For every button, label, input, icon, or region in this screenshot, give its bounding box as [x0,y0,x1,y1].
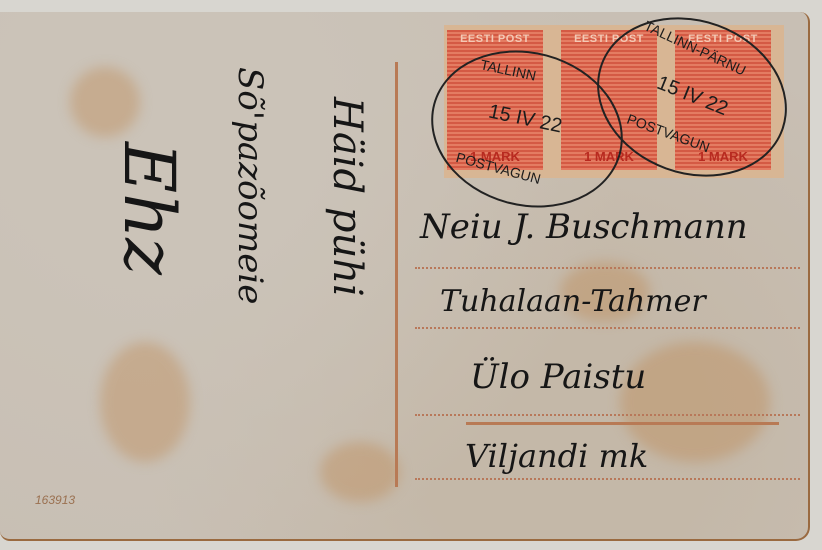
age-stain [320,442,400,502]
message-line-1: Häid pühi [324,97,370,297]
address-line-3-solid [466,422,779,425]
age-stain [100,342,190,462]
stamp-header: EESTI POST [447,33,543,45]
address-county: Viljandi mk [465,437,648,475]
signature: Ehz [108,142,190,275]
center-divider-line [395,62,398,487]
address-line-4 [415,478,800,480]
address-town: Ülo Paistu [470,357,646,397]
address-line-3 [415,414,800,416]
address-line-2 [415,327,800,329]
print-number: 163913 [35,493,75,507]
address-recipient: Neiu J. Buschmann [420,207,748,247]
address-line-1 [415,267,800,269]
address-street: Tuhalaan-Tahmer [440,284,706,319]
message-line-2: Sõ'pazõomeie [230,67,270,304]
age-stain [70,67,140,137]
